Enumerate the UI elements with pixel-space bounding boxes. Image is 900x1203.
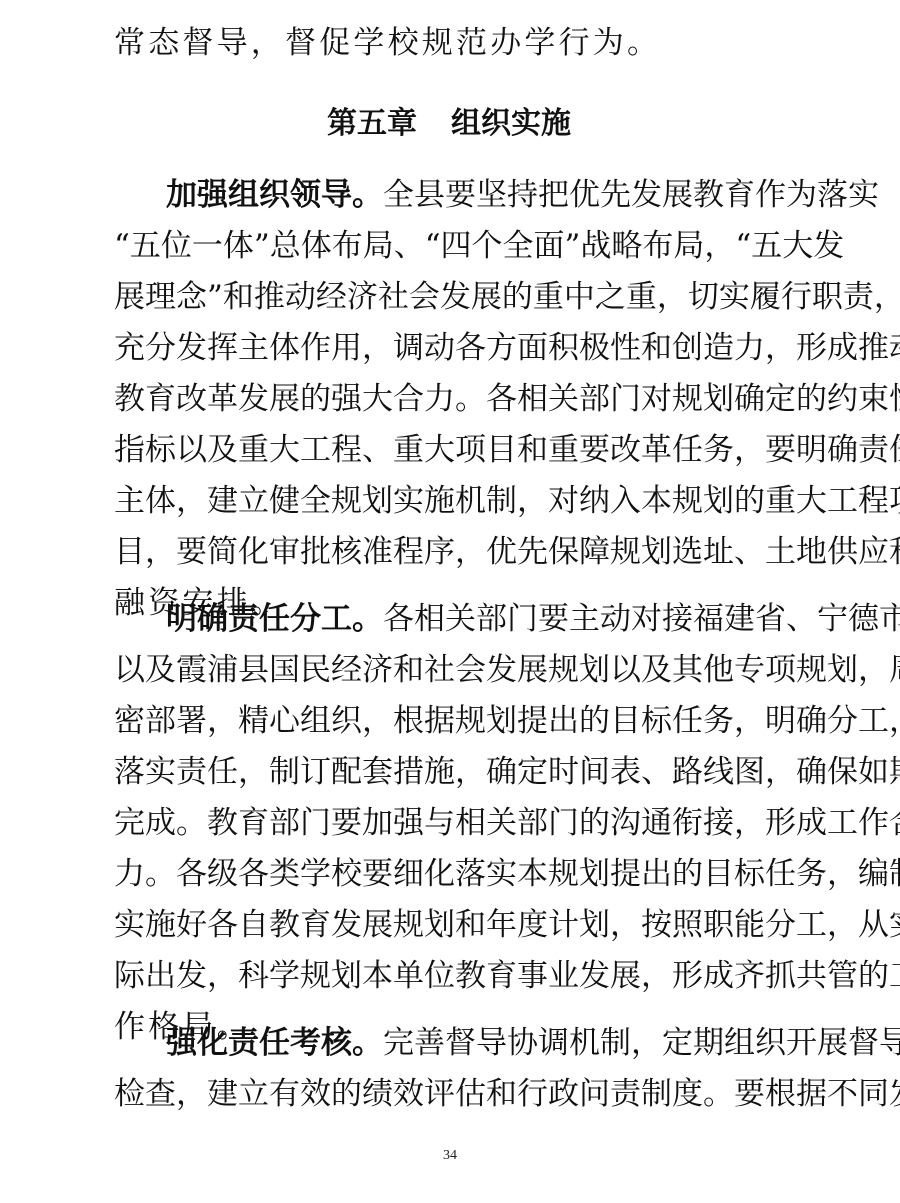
paragraph-line: 检查，建立有效的绩效评估和行政问责制度。要根据不同发 [114, 1069, 784, 1120]
paragraph-line: 展理念”和推动经济社会发展的重中之重，切实履行职责， [114, 272, 784, 323]
continuation-line: 常态督导，督促学校规范办学行为。 [114, 18, 784, 69]
paragraph-line: 落实责任，制订配套措施，确定时间表、路线图，确保如期 [114, 747, 784, 798]
paragraph-line: “五位一体”总体布局、“四个全面”战略布局，“五大发 [114, 221, 784, 272]
paragraph-line: 指标以及重大工程、重大项目和重要改革任务，要明确责任 [114, 425, 784, 476]
paragraph-line: 完成。教育部门要加强与相关部门的沟通衔接，形成工作合 [114, 798, 784, 849]
paragraph-line: 实施好各自教育发展规划和年度计划，按照职能分工，从实 [114, 900, 784, 951]
chapter-name: 组织实施 [451, 106, 571, 141]
paragraph-line: 教育改革发展的强大合力。各相关部门对规划确定的约束性 [114, 374, 784, 425]
section-heading: 明确责任分工。 [166, 601, 383, 637]
chapter-number: 第五章 [327, 106, 417, 141]
paragraph-line: 际出发，科学规划本单位教育事业发展，形成齐抓共管的工 [114, 951, 784, 1002]
section-heading: 加强组织领导。 [166, 177, 383, 213]
paragraph-first-line: 强化责任考核。完善督导协调机制，定期组织开展督导 [166, 1018, 784, 1069]
paragraph-line: 力。各级各类学校要细化落实本规划提出的目标任务，编制 [114, 849, 784, 900]
paragraph-line: 密部署，精心组织，根据规划提出的目标任务，明确分工， [114, 696, 784, 747]
paragraph-line: 以及霞浦县国民经济和社会发展规划以及其他专项规划，周 [114, 645, 784, 696]
chapter-title: 第五章组织实施 [114, 102, 784, 146]
paragraph-line: 充分发挥主体作用，调动各方面积极性和创造力，形成推动 [114, 323, 784, 374]
paragraph-first-line: 明确责任分工。各相关部门要主动对接福建省、宁德市 [166, 594, 784, 645]
section-heading: 强化责任考核。 [166, 1025, 383, 1061]
paragraph-text: 全县要坚持把优先发展教育作为落实 [383, 177, 879, 213]
paragraph-first-line: 加强组织领导。全县要坚持把优先发展教育作为落实 [166, 170, 784, 221]
paragraph-line: 目，要简化审批核准程序，优先保障规划选址、土地供应和 [114, 527, 784, 578]
paragraph-text: 各相关部门要主动对接福建省、宁德市 [383, 601, 900, 637]
paragraph-line: 主体，建立健全规划实施机制，对纳入本规划的重大工程项 [114, 476, 784, 527]
paragraph-text: 完善督导协调机制，定期组织开展督导 [383, 1025, 900, 1061]
page-number: 34 [0, 1148, 900, 1164]
